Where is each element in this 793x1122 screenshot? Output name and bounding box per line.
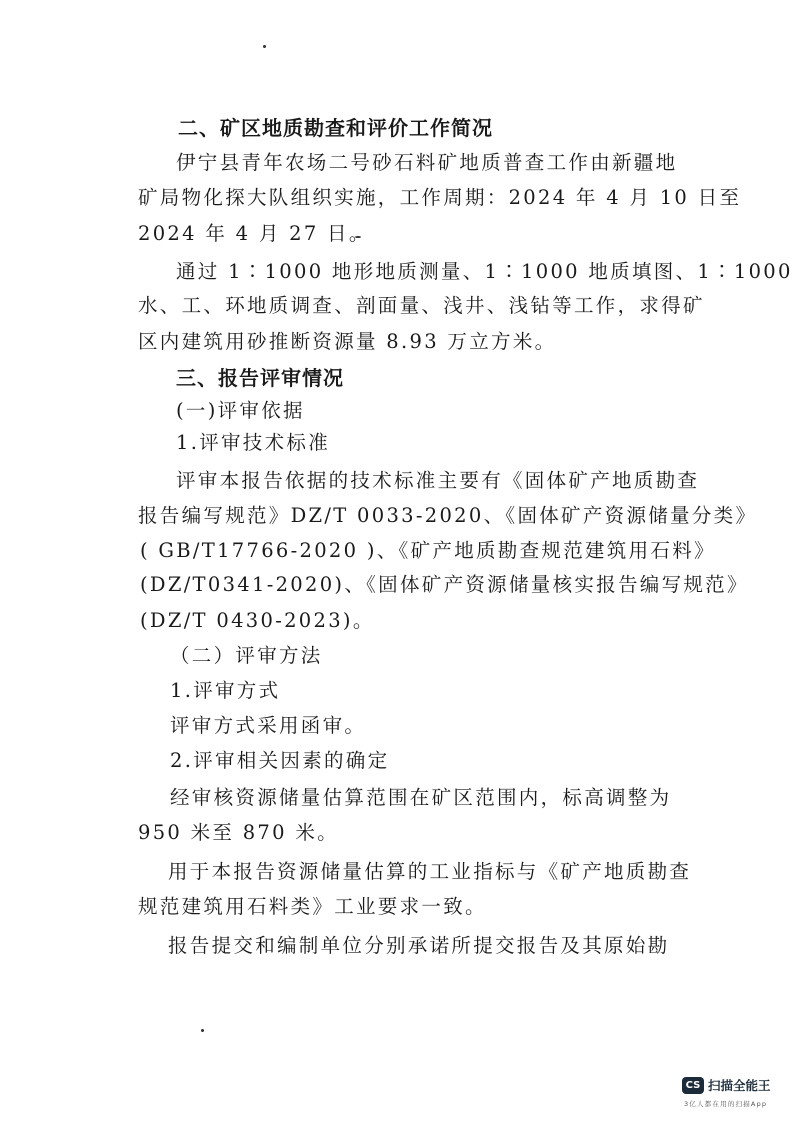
subsection-heading: （二）评审方法 bbox=[170, 644, 323, 668]
paragraph-line: 伊宁县青年农场二号砂石料矿地质普查工作由新疆地 bbox=[176, 151, 677, 175]
paragraph-line: 报告提交和编制单位分别承诺所提交报告及其原始勘 bbox=[168, 934, 669, 958]
scan-speck bbox=[201, 1029, 204, 1032]
item-heading: 1.评审方式 bbox=[170, 679, 280, 703]
paragraph-line: 用于本报告资源储量估算的工业指标与《矿产地质勘查 bbox=[168, 860, 691, 884]
paragraph-line: 评审方式采用函审。 bbox=[170, 714, 366, 738]
camscanner-watermark: CS 扫描全能王 3亿人都在用的扫描App bbox=[682, 1077, 787, 1117]
paragraph-line: 950 米至 870 米。 bbox=[138, 821, 339, 845]
paragraph-line: 报告编写规范》DZ/T 0033-2020、《固体矿产资源储量分类》 bbox=[138, 504, 757, 528]
paragraph-line: 评审本报告依据的技术标准主要有《固体矿产地质勘查 bbox=[176, 469, 699, 493]
paragraph-line: 水、工、环地质调查、剖面量、浅井、浅钻等工作，求得矿 bbox=[138, 294, 705, 318]
paragraph-line: 2024 年 4 月 27 日。 bbox=[138, 222, 371, 246]
item-heading: 1.评审技术标准 bbox=[176, 431, 330, 455]
paragraph-line: 经审核资源储量估算范围在矿区范围内，标高调整为 bbox=[170, 786, 671, 810]
paragraph-line: ( GB/T17766-2020 )、《矿产地质勘查规范建筑用石料》 bbox=[140, 539, 716, 563]
section-heading-2: 二、矿区地质勘查和评价工作简况 bbox=[178, 116, 493, 140]
scan-speck bbox=[355, 236, 361, 238]
paragraph-line: 矿局物化探大队组织实施，工作周期：2024 年 4 月 10 日至 bbox=[138, 186, 741, 210]
watermark-subtitle: 3亿人都在用的扫描App bbox=[684, 1099, 767, 1108]
paragraph-line: 规范建筑用石料类》工业要求一致。 bbox=[138, 895, 487, 919]
document-page: 二、矿区地质勘查和评价工作简况 伊宁县青年农场二号砂石料矿地质普查工作由新疆地 … bbox=[0, 0, 793, 1122]
section-heading-3: 三、报告评审情况 bbox=[176, 366, 344, 390]
scan-speck bbox=[263, 45, 266, 48]
camscanner-logo-icon: CS bbox=[682, 1077, 704, 1094]
item-heading: 2.评审相关因素的确定 bbox=[170, 749, 389, 773]
paragraph-line: 通过 1∶1000 地形地质测量、1∶1000 地质填图、1∶1000 bbox=[176, 260, 793, 284]
paragraph-line: (DZ/T 0430-2023)。 bbox=[140, 609, 375, 633]
subsection-heading: (一)评审依据 bbox=[176, 399, 305, 423]
watermark-title: 扫描全能王 bbox=[708, 1077, 771, 1094]
paragraph-line: 区内建筑用砂推断资源量 8.93 万立方米。 bbox=[138, 330, 556, 354]
paragraph-line: (DZ/T0341-2020)、《固体矿产资源储量核实报告编写规范》 bbox=[140, 573, 749, 597]
